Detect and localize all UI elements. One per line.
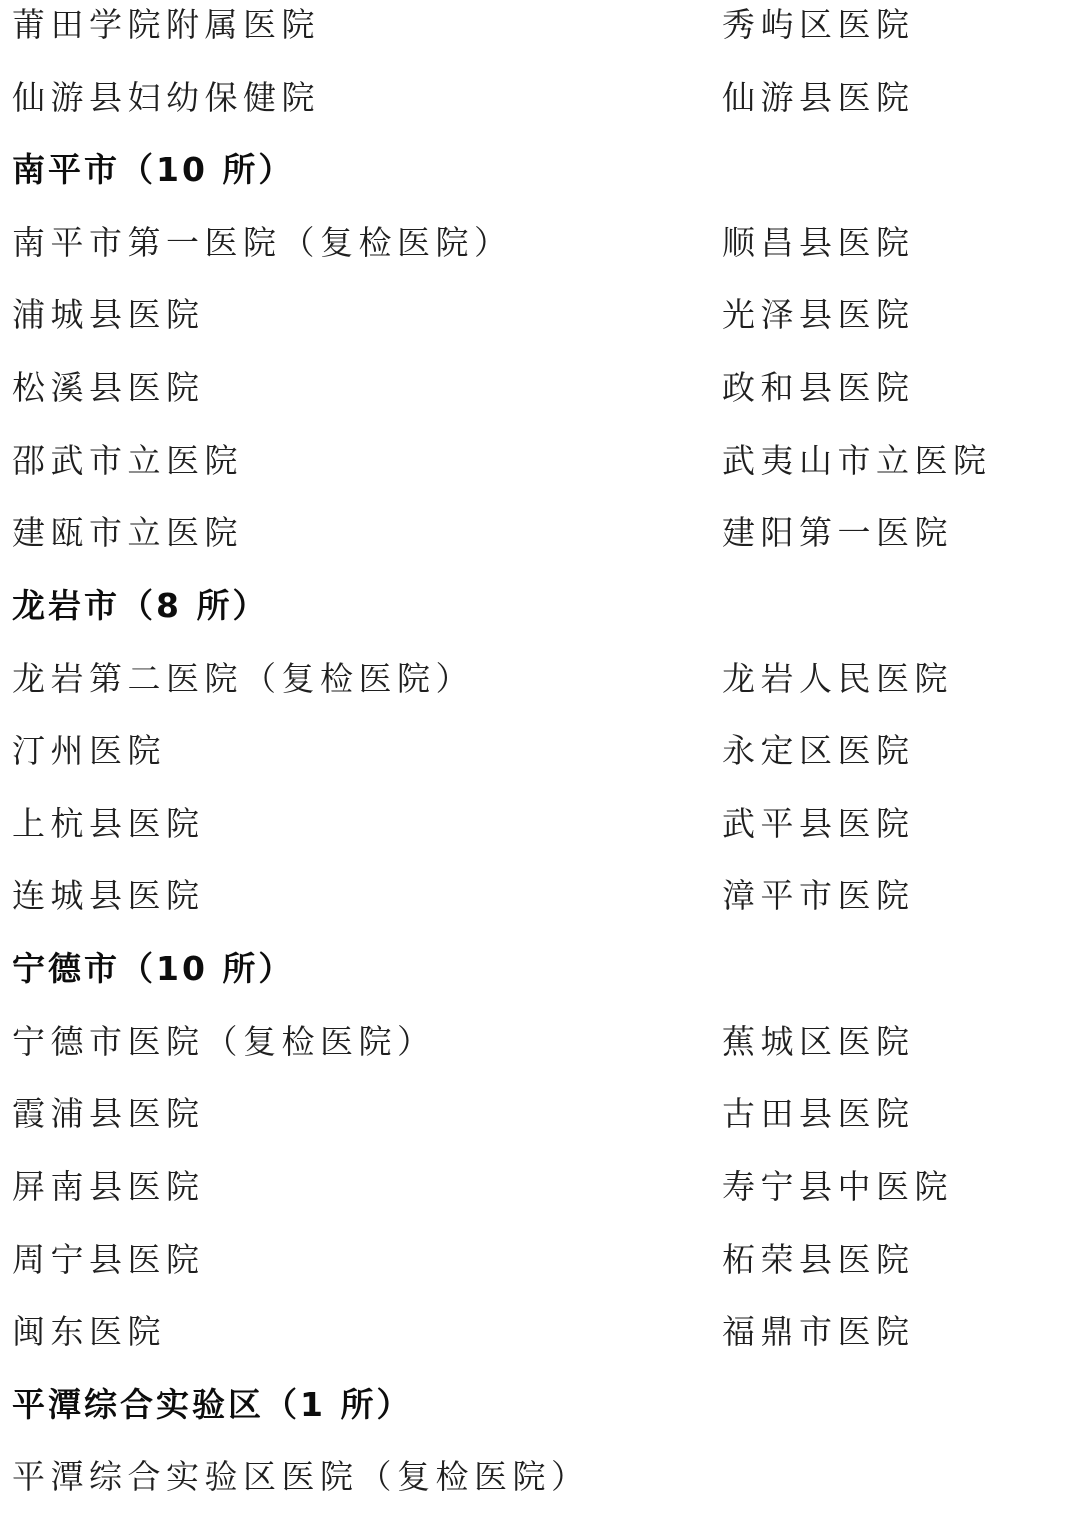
section-title: 南平市（10 所） <box>12 146 294 194</box>
hospital-name: 仙游县医院 <box>722 74 915 122</box>
hospital-name: 建阳第一医院 <box>722 509 953 557</box>
hospital-name: 周宁县医院 <box>12 1236 205 1284</box>
hospital-name: 武平县医院 <box>722 800 915 848</box>
list-row: 霞浦县医院 古田县医院 <box>0 1090 1080 1138</box>
list-row: 平潭综合实验区医院（复检医院） <box>0 1453 1080 1501</box>
hospital-list-document: 莆田学院附属医院 秀屿区医院 仙游县妇幼保健院 仙游县医院 南平市（10 所） … <box>0 0 1080 1530</box>
list-row: 上杭县医院 武平县医院 <box>0 800 1080 848</box>
hospital-name: 屏南县医院 <box>12 1163 205 1211</box>
hospital-name: 霞浦县医院 <box>12 1090 205 1138</box>
hospital-name: 宁德市医院（复检医院） <box>12 1018 436 1066</box>
hospital-name: 古田县医院 <box>722 1090 915 1138</box>
hospital-name: 邵武市立医院 <box>12 437 243 485</box>
section-heading-pingtan: 平潭综合实验区（1 所） <box>0 1381 1080 1429</box>
section-title: 龙岩市（8 所） <box>12 582 268 630</box>
hospital-name: 武夷山市立医院 <box>722 437 992 485</box>
hospital-name: 连城县医院 <box>12 872 205 920</box>
list-row: 宁德市医院（复检医院） 蕉城区医院 <box>0 1018 1080 1066</box>
hospital-name: 建瓯市立医院 <box>12 509 243 557</box>
list-row: 龙岩第二医院（复检医院） 龙岩人民医院 <box>0 655 1080 703</box>
hospital-name: 柘荣县医院 <box>722 1236 915 1284</box>
list-row: 松溪县医院 政和县医院 <box>0 364 1080 412</box>
hospital-name: 蕉城区医院 <box>722 1018 915 1066</box>
section-heading-nanping: 南平市（10 所） <box>0 146 1080 194</box>
hospital-name: 漳平市医院 <box>722 872 915 920</box>
section-heading-ningde: 宁德市（10 所） <box>0 945 1080 993</box>
hospital-name: 顺昌县医院 <box>722 219 915 267</box>
list-row: 南平市第一医院（复检医院） 顺昌县医院 <box>0 219 1080 267</box>
hospital-name: 光泽县医院 <box>722 291 915 339</box>
hospital-name: 福鼎市医院 <box>722 1308 915 1356</box>
hospital-name: 平潭综合实验区医院（复检医院） <box>12 1453 590 1501</box>
hospital-name: 秀屿区医院 <box>722 1 915 49</box>
section-title: 宁德市（10 所） <box>12 945 294 993</box>
hospital-name: 政和县医院 <box>722 364 915 412</box>
list-row: 仙游县妇幼保健院 仙游县医院 <box>0 74 1080 122</box>
hospital-name: 龙岩第二医院（复检医院） <box>12 655 474 703</box>
hospital-name: 闽东医院 <box>12 1308 166 1356</box>
list-row: 莆田学院附属医院 秀屿区医院 <box>0 1 1080 49</box>
list-row: 浦城县医院 光泽县医院 <box>0 291 1080 339</box>
hospital-name: 南平市第一医院（复检医院） <box>12 219 513 267</box>
list-row: 周宁县医院 柘荣县医院 <box>0 1236 1080 1284</box>
hospital-name: 龙岩人民医院 <box>722 655 953 703</box>
list-row: 汀州医院 永定区医院 <box>0 727 1080 775</box>
section-heading-longyan: 龙岩市（8 所） <box>0 582 1080 630</box>
list-row: 闽东医院 福鼎市医院 <box>0 1308 1080 1356</box>
list-row: 屏南县医院 寿宁县中医院 <box>0 1163 1080 1211</box>
list-row: 连城县医院 漳平市医院 <box>0 872 1080 920</box>
hospital-name: 汀州医院 <box>12 727 166 775</box>
section-title: 平潭综合实验区（1 所） <box>12 1381 412 1429</box>
hospital-name: 上杭县医院 <box>12 800 205 848</box>
hospital-name: 浦城县医院 <box>12 291 205 339</box>
hospital-name: 寿宁县中医院 <box>722 1163 953 1211</box>
hospital-name: 仙游县妇幼保健院 <box>12 74 320 122</box>
hospital-name: 莆田学院附属医院 <box>12 1 320 49</box>
list-row: 建瓯市立医院 建阳第一医院 <box>0 509 1080 557</box>
hospital-name: 松溪县医院 <box>12 364 205 412</box>
list-row: 邵武市立医院 武夷山市立医院 <box>0 437 1080 485</box>
hospital-name: 永定区医院 <box>722 727 915 775</box>
